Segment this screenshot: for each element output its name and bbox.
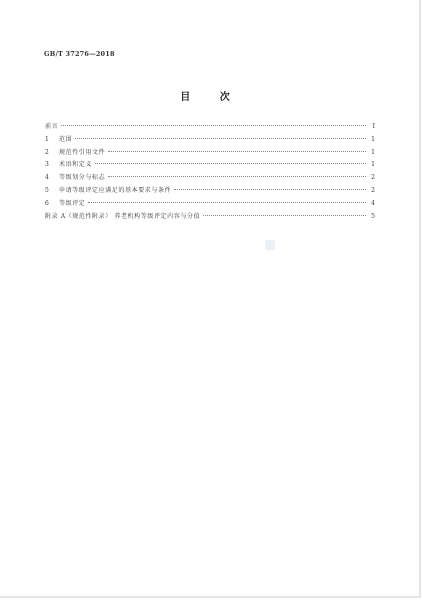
toc-entry-page: 5 bbox=[369, 213, 375, 220]
table-of-contents: 前言 I 1 范围 1 2 规范性引用文件 1 3 术语和定义 1 4 等级划分… bbox=[45, 121, 375, 223]
toc-entry-basic-requirements[interactable]: 5 申请等级评定应满足的基本要求与条件 2 bbox=[45, 185, 375, 198]
toc-entry-page: 1 bbox=[369, 136, 375, 143]
leader-dots bbox=[174, 189, 366, 190]
toc-entry-appendix-a[interactable]: 附录 A（规范性附录） 养老机构等级评定内容与分值 5 bbox=[45, 211, 375, 224]
toc-entry-number: 1 bbox=[45, 136, 59, 143]
toc-entry-label: 术语和定义 bbox=[59, 159, 92, 168]
toc-entry-normative-references[interactable]: 2 规范性引用文件 1 bbox=[45, 147, 375, 160]
toc-entry-number: 2 bbox=[45, 149, 59, 156]
toc-entry-grade-classification[interactable]: 4 等级划分与标志 2 bbox=[45, 172, 375, 185]
standard-code: GB/T 37276—2018 bbox=[44, 50, 115, 58]
leader-dots bbox=[203, 215, 366, 216]
document-page: GB/T 37276—2018 目 次 前言 I 1 范围 1 2 规范性引用文… bbox=[0, 0, 421, 598]
toc-entry-label: 规范性引用文件 bbox=[59, 147, 105, 156]
leader-dots bbox=[95, 163, 366, 164]
toc-entry-number: 6 bbox=[45, 200, 59, 207]
toc-entry-number: 3 bbox=[45, 161, 59, 168]
toc-entry-label: 等级评定 bbox=[59, 198, 85, 207]
toc-entry-label: 附录 A（规范性附录） 养老机构等级评定内容与分值 bbox=[45, 211, 200, 220]
toc-entry-label: 前言 bbox=[45, 121, 58, 130]
toc-entry-foreword[interactable]: 前言 I bbox=[45, 121, 375, 134]
leader-dots bbox=[88, 202, 366, 203]
toc-title: 目 次 bbox=[0, 88, 423, 103]
toc-entry-page: 4 bbox=[369, 200, 375, 207]
leader-dots bbox=[108, 176, 366, 177]
toc-entry-page: 1 bbox=[369, 161, 375, 168]
watermark-icon bbox=[265, 240, 275, 250]
toc-entry-grade-evaluation[interactable]: 6 等级评定 4 bbox=[45, 198, 375, 211]
toc-entry-page: 2 bbox=[369, 174, 375, 181]
toc-entry-page: I bbox=[369, 123, 375, 130]
toc-entry-number: 5 bbox=[45, 187, 59, 194]
toc-entry-label: 范围 bbox=[59, 134, 72, 143]
leader-dots bbox=[75, 138, 366, 139]
toc-entry-label: 等级划分与标志 bbox=[59, 172, 105, 181]
toc-entry-label: 申请等级评定应满足的基本要求与条件 bbox=[59, 185, 171, 194]
toc-entry-page: 1 bbox=[369, 149, 375, 156]
toc-entry-number: 4 bbox=[45, 174, 59, 181]
toc-entry-scope[interactable]: 1 范围 1 bbox=[45, 134, 375, 147]
leader-dots bbox=[61, 125, 366, 126]
toc-entry-page: 2 bbox=[369, 187, 375, 194]
leader-dots bbox=[108, 151, 366, 152]
toc-entry-terms-definitions[interactable]: 3 术语和定义 1 bbox=[45, 159, 375, 172]
